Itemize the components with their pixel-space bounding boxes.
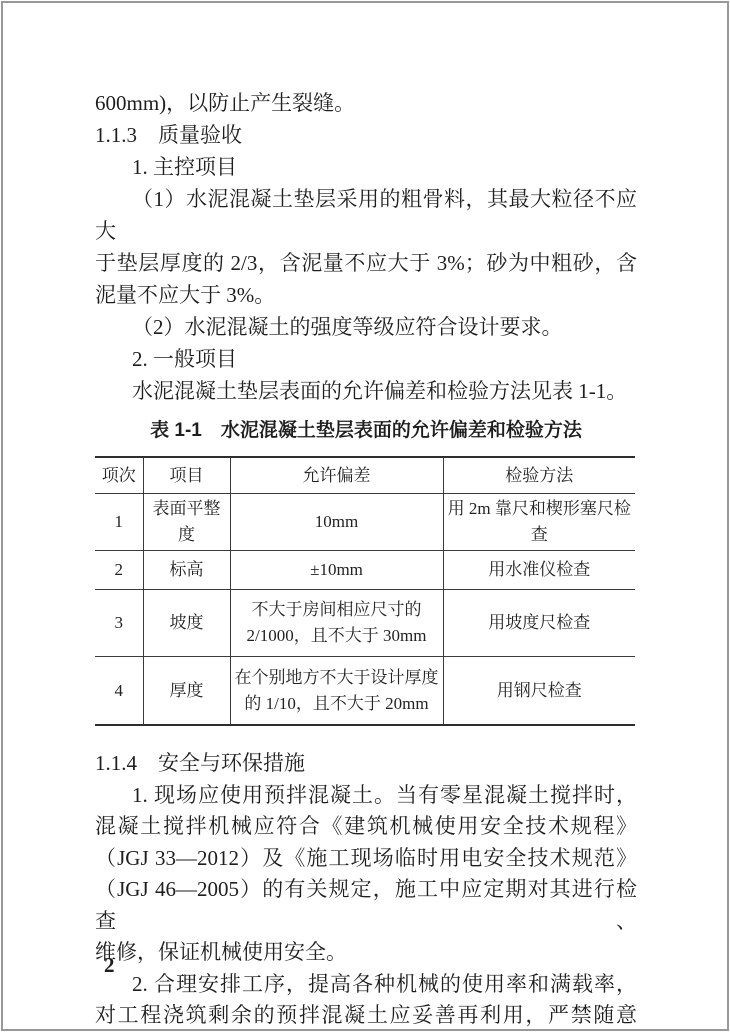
paragraph-line: 水泥混凝土垫层表面的允许偏差和检验方法见表 1-1。 <box>95 375 637 407</box>
cell-item-no: 1 <box>95 494 143 551</box>
paragraph-line: 维修，保证机械使用安全。 <box>95 937 637 969</box>
table-1-1-title: 表 1-1 水泥混凝土垫层表面的允许偏差和检验方法 <box>95 416 637 446</box>
cell-item: 厚度 <box>143 657 230 726</box>
cell-tolerance: 10mm <box>230 494 443 551</box>
paragraph-line: 对工程浇筑剩余的预拌混凝土应妥善再利用，严禁随意 <box>95 1000 637 1032</box>
paragraph-line: 混凝土搅拌机械应符合《建筑机械使用安全技术规程》 <box>95 811 637 843</box>
cell-method: 用钢尺检查 <box>443 657 635 726</box>
section-1-1-3: 600mm)，以防止产生裂缝。 1.1.3 质量验收 1. 主控项目 （1）水泥… <box>95 87 637 407</box>
subheading-general-items: 2. 一般项目 <box>95 343 637 375</box>
table-1-1: 项次 项目 允许偏差 检验方法 1 表面平整度 10mm 用 2m 靠尺和楔形塞… <box>95 456 635 726</box>
cell-item: 坡度 <box>143 590 230 657</box>
cell-method: 用坡度尺检查 <box>443 590 635 657</box>
column-header-item-no: 项次 <box>95 457 143 494</box>
paragraph-line: （2）水泥混凝土的强度等级应符合设计要求。 <box>95 311 637 343</box>
section-1-1-4: 1.1.4 安全与环保措施 1. 现场应使用预拌混凝土。当有零星混凝土搅拌时， … <box>95 748 637 1032</box>
page-number: 2 <box>104 951 115 979</box>
column-header-tolerance: 允许偏差 <box>230 457 443 494</box>
cell-tolerance: 不大于房间相应尺寸的 2/1000，且不大于 30mm <box>230 590 443 657</box>
cell-method: 用水准仪检查 <box>443 551 635 590</box>
paragraph-line: 1. 现场应使用预拌混凝土。当有零星混凝土搅拌时， <box>95 780 637 812</box>
section-heading-1-1-4: 1.1.4 安全与环保措施 <box>95 748 637 780</box>
subheading-main-control-items: 1. 主控项目 <box>95 151 637 183</box>
column-header-method: 检验方法 <box>443 457 635 494</box>
paragraph-line: 600mm)，以防止产生裂缝。 <box>95 87 637 119</box>
table-row: 3 坡度 不大于房间相应尺寸的 2/1000，且不大于 30mm 用坡度尺检查 <box>95 590 635 657</box>
column-header-item: 项目 <box>143 457 230 494</box>
cell-tolerance: ±10mm <box>230 551 443 590</box>
table-row: 2 标高 ±10mm 用水准仪检查 <box>95 551 635 590</box>
paragraph-line: 于垫层厚度的 2/3，含泥量不应大于 3%；砂为中粗砂，含 <box>95 247 637 279</box>
cell-item-no: 2 <box>95 551 143 590</box>
cell-method: 用 2m 靠尺和楔形塞尺检查 <box>443 494 635 551</box>
document-page-content: 600mm)，以防止产生裂缝。 1.1.3 质量验收 1. 主控项目 （1）水泥… <box>95 87 637 1032</box>
cell-item-no: 4 <box>95 657 143 726</box>
paragraph-line: （1）水泥混凝土垫层采用的粗骨料，其最大粒径不应大 <box>95 183 637 247</box>
table-header-row: 项次 项目 允许偏差 检验方法 <box>95 457 635 494</box>
section-heading-1-1-3: 1.1.3 质量验收 <box>95 119 637 151</box>
cell-item: 表面平整度 <box>143 494 230 551</box>
cell-item: 标高 <box>143 551 230 590</box>
table-row: 1 表面平整度 10mm 用 2m 靠尺和楔形塞尺检查 <box>95 494 635 551</box>
paragraph-line: 2. 合理安排工序，提高各种机械的使用率和满载率， <box>95 969 637 1001</box>
cell-tolerance: 在个别地方不大于设计厚度 的 1/10，且不大于 20mm <box>230 657 443 726</box>
table-row: 4 厚度 在个别地方不大于设计厚度 的 1/10，且不大于 20mm 用钢尺检查 <box>95 657 635 726</box>
paragraph-line: （JGJ 46—2005）的有关规定，施工中应定期对其进行检查、 <box>95 874 637 937</box>
paragraph-line: 泥量不应大于 3%。 <box>95 279 637 311</box>
paragraph-line: （JGJ 33—2012）及《施工现场临时用电安全技术规范》 <box>95 843 637 875</box>
cell-item-no: 3 <box>95 590 143 657</box>
